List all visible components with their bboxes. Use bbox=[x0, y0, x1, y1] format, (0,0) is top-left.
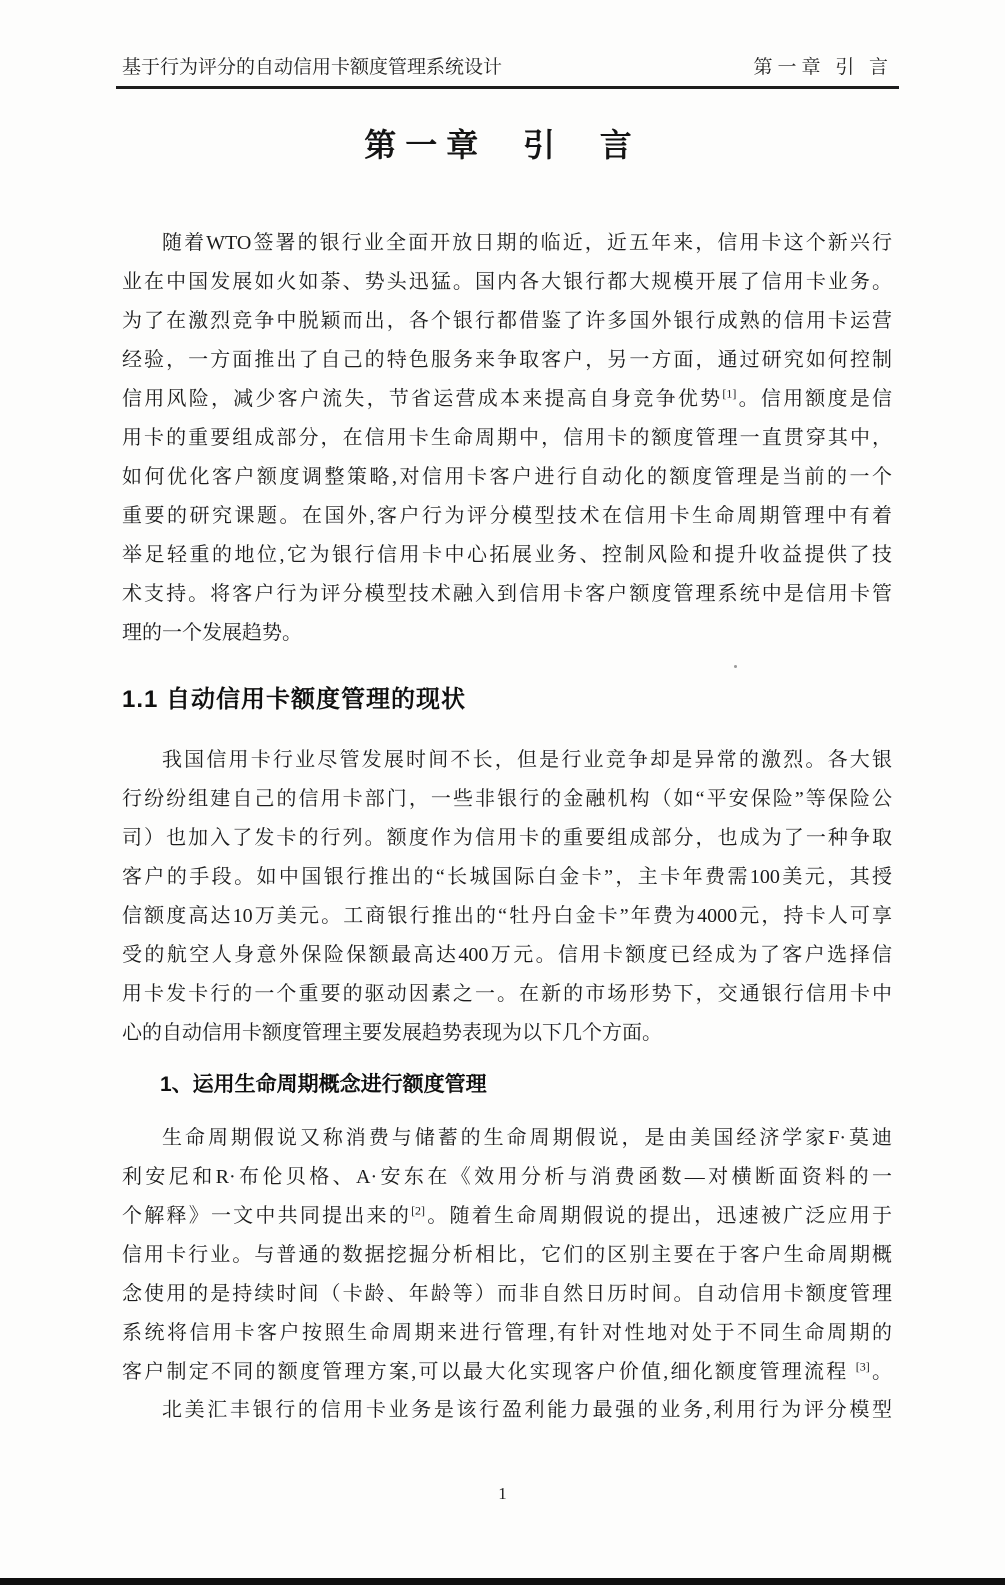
text-line: 个解释》一文中共同提出来的[2]。随着生命周期假说的提出，迅速被广泛应用于 bbox=[122, 1197, 892, 1236]
text-line: 北美汇丰银行的信用卡业务是该行盈利能力最强的业务,利用行为评分模型 bbox=[122, 1391, 892, 1430]
text-line: 理的一个发展趋势。 bbox=[122, 614, 892, 653]
text-line: 心的自动信用卡额度管理主要发展趋势表现为以下几个方面。 bbox=[122, 1014, 892, 1053]
text-line: 受的航空人身意外保险保额最高达400万元。信用卡额度已经成为了客户选择信 bbox=[122, 936, 892, 975]
text-line: 利安尼和R·布伦贝格、A·安东在《效用分析与消费函数—对横断面资料的一 bbox=[122, 1158, 892, 1197]
paragraph-hsbc: 北美汇丰银行的信用卡业务是该行盈利能力最强的业务,利用行为评分模型 bbox=[122, 1391, 892, 1430]
text-line: 业在中国发展如火如荼、势头迅猛。国内各大银行都大规模开展了信用卡业务。 bbox=[122, 263, 892, 302]
header-document-title: 基于行为评分的自动信用卡额度管理系统设计 bbox=[122, 52, 502, 79]
text-line: 如何优化客户额度调整策略,对信用卡客户进行自动化的额度管理是当前的一个 bbox=[122, 458, 892, 497]
subsection-heading-lifecycle: 1、运用生命周期概念进行额度管理 bbox=[160, 1068, 487, 1098]
page-footer: 1 bbox=[0, 1484, 1005, 1504]
text-line: 信用风险，减少客户流失，节省运营成本来提高自身竞争优势[1]。信用额度是信 bbox=[122, 380, 892, 419]
citation-superscript: [3] bbox=[856, 1359, 870, 1373]
paragraph-industry-status: 我国信用卡行业尽管发展时间不长，但是行业竞争却是异常的激烈。各大银行纷纷组建自己… bbox=[122, 741, 892, 1053]
document-page: 基于行为评分的自动信用卡额度管理系统设计 第一章 引 言 第一章 引 言 随着W… bbox=[0, 0, 1005, 1585]
running-header: 基于行为评分的自动信用卡额度管理系统设计 第一章 引 言 bbox=[122, 52, 893, 79]
text-line: 用卡的重要组成部分，在信用卡生命周期中，信用卡的额度管理一直贯穿其中， bbox=[122, 419, 892, 458]
header-chapter-label: 第一章 引 言 bbox=[753, 52, 893, 79]
citation-superscript: [1] bbox=[722, 386, 736, 400]
text-line: 经验，一方面推出了自己的特色服务来争取客户，另一方面，通过研究如何控制 bbox=[122, 341, 892, 380]
header-rule bbox=[116, 86, 899, 89]
text-line: 我国信用卡行业尽管发展时间不长，但是行业竞争却是异常的激烈。各大银 bbox=[122, 741, 892, 780]
text-line: 行纷纷组建自己的信用卡部门，一些非银行的金融机构（如“平安保险”等保险公 bbox=[122, 780, 892, 819]
text-line: 生命周期假说又称消费与储蓄的生命周期假说，是由美国经济学家F·莫迪 bbox=[122, 1119, 892, 1158]
scan-bottom-edge-artifact bbox=[0, 1578, 1005, 1585]
text-line: 重要的研究课题。在国外,客户行为评分模型技术在信用卡生命周期管理中有着 bbox=[122, 497, 892, 536]
text-line: 信用卡行业。与普通的数据挖掘分析相比，它们的区别主要在于客户生命周期概 bbox=[122, 1236, 892, 1275]
chapter-title: 第一章 引 言 bbox=[0, 120, 1005, 166]
text-line: 举足轻重的地位,它为银行信用卡中心拓展业务、控制风险和提升收益提供了技 bbox=[122, 536, 892, 575]
text-line: 客户的手段。如中国银行推出的“长城国际白金卡”，主卡年费需100美元，其授 bbox=[122, 858, 892, 897]
text-line: 术支持。将客户行为评分模型技术融入到信用卡客户额度管理系统中是信用卡管 bbox=[122, 575, 892, 614]
citation-superscript: [2] bbox=[411, 1203, 425, 1217]
paragraph-lifecycle-hypothesis: 生命周期假说又称消费与储蓄的生命周期假说，是由美国经济学家F·莫迪利安尼和R·布… bbox=[122, 1119, 892, 1392]
text-line: 司）也加入了发卡的行列。额度作为信用卡的重要组成部分，也成为了一种争取 bbox=[122, 819, 892, 858]
text-line: 客户制定不同的额度管理方案,可以最大化实现客户价值,细化额度管理流程 [3]。 bbox=[122, 1353, 892, 1392]
section-heading-1-1: 1.1 自动信用卡额度管理的现状 bbox=[122, 679, 466, 714]
text-line: 为了在激烈竞争中脱颖而出，各个银行都借鉴了许多国外银行成熟的信用卡运营 bbox=[122, 302, 892, 341]
text-line: 随着WTO签署的银行业全面开放日期的临近，近五年来，信用卡这个新兴行 bbox=[122, 224, 892, 263]
text-line: 系统将信用卡客户按照生命周期来进行管理,有针对性地对处于不同生命周期的 bbox=[122, 1314, 892, 1353]
page-number: 1 bbox=[498, 1484, 507, 1503]
text-line: 用卡发卡行的一个重要的驱动因素之一。在新的市场形势下，交通银行信用卡中 bbox=[122, 975, 892, 1014]
scan-speck-artifact bbox=[734, 665, 737, 668]
text-line: 念使用的是持续时间（卡龄、年龄等）而非自然日历时间。自动信用卡额度管理 bbox=[122, 1275, 892, 1314]
text-line: 信额度高达10万美元。工商银行推出的“牡丹白金卡”年费为4000元，持卡人可享 bbox=[122, 897, 892, 936]
paragraph-introduction: 随着WTO签署的银行业全面开放日期的临近，近五年来，信用卡这个新兴行业在中国发展… bbox=[122, 224, 892, 653]
